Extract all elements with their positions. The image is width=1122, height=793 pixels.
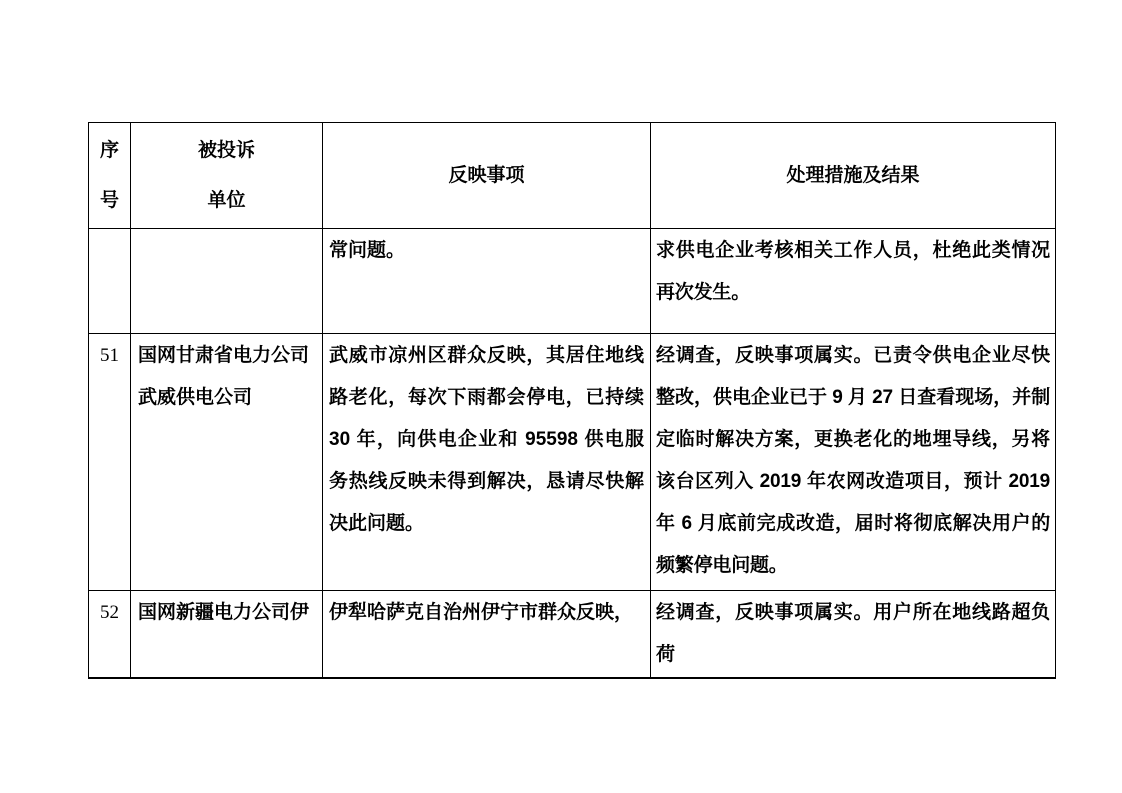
header-serial-label: 序号: [99, 126, 121, 226]
cell-issue: 常问题。: [323, 229, 651, 334]
header-unit-label: 被投诉单位: [195, 126, 259, 226]
complaints-table: 序号 被投诉单位 反映事项 处理措施及结果 常问题。 求供电企业考核相关工作人员…: [88, 122, 1056, 679]
table-row-51: 51 国网甘肃省电力公司武威供电公司 武威市凉州区群众反映，其居住地线路老化，每…: [89, 334, 1056, 591]
table-row-continuation: 常问题。 求供电企业考核相关工作人员，杜绝此类情况再次发生。: [89, 229, 1056, 334]
cell-unit: 国网新疆电力公司伊: [131, 591, 323, 679]
cell-result: 求供电企业考核相关工作人员，杜绝此类情况再次发生。: [651, 229, 1056, 334]
header-issue: 反映事项: [323, 123, 651, 229]
cell-issue: 伊犁哈萨克自治州伊宁市群众反映，: [323, 591, 651, 679]
cell-serial: 52: [89, 591, 131, 679]
header-result: 处理措施及结果: [651, 123, 1056, 229]
cell-unit: [131, 229, 323, 334]
header-issue-label: 反映事项: [448, 165, 524, 186]
document-page: 序号 被投诉单位 反映事项 处理措施及结果 常问题。 求供电企业考核相关工作人员…: [0, 0, 1122, 793]
header-result-label: 处理措施及结果: [786, 165, 919, 186]
cell-result: 经调查，反映事项属实。用户所在地线路超负荷: [651, 591, 1056, 679]
cell-issue: 武威市凉州区群众反映，其居住地线路老化，每次下雨都会停电，已持续 30 年，向供…: [323, 334, 651, 591]
cell-result: 经调查，反映事项属实。已责令供电企业尽快整改，供电企业已于 9 月 27 日查看…: [651, 334, 1056, 591]
table-row-52: 52 国网新疆电力公司伊 伊犁哈萨克自治州伊宁市群众反映， 经调查，反映事项属实…: [89, 591, 1056, 679]
header-unit: 被投诉单位: [131, 123, 323, 229]
cell-serial: 51: [89, 334, 131, 591]
header-row: 序号 被投诉单位 反映事项 处理措施及结果: [89, 123, 1056, 229]
header-serial: 序号: [89, 123, 131, 229]
cell-unit: 国网甘肃省电力公司武威供电公司: [131, 334, 323, 591]
cell-serial: [89, 229, 131, 334]
